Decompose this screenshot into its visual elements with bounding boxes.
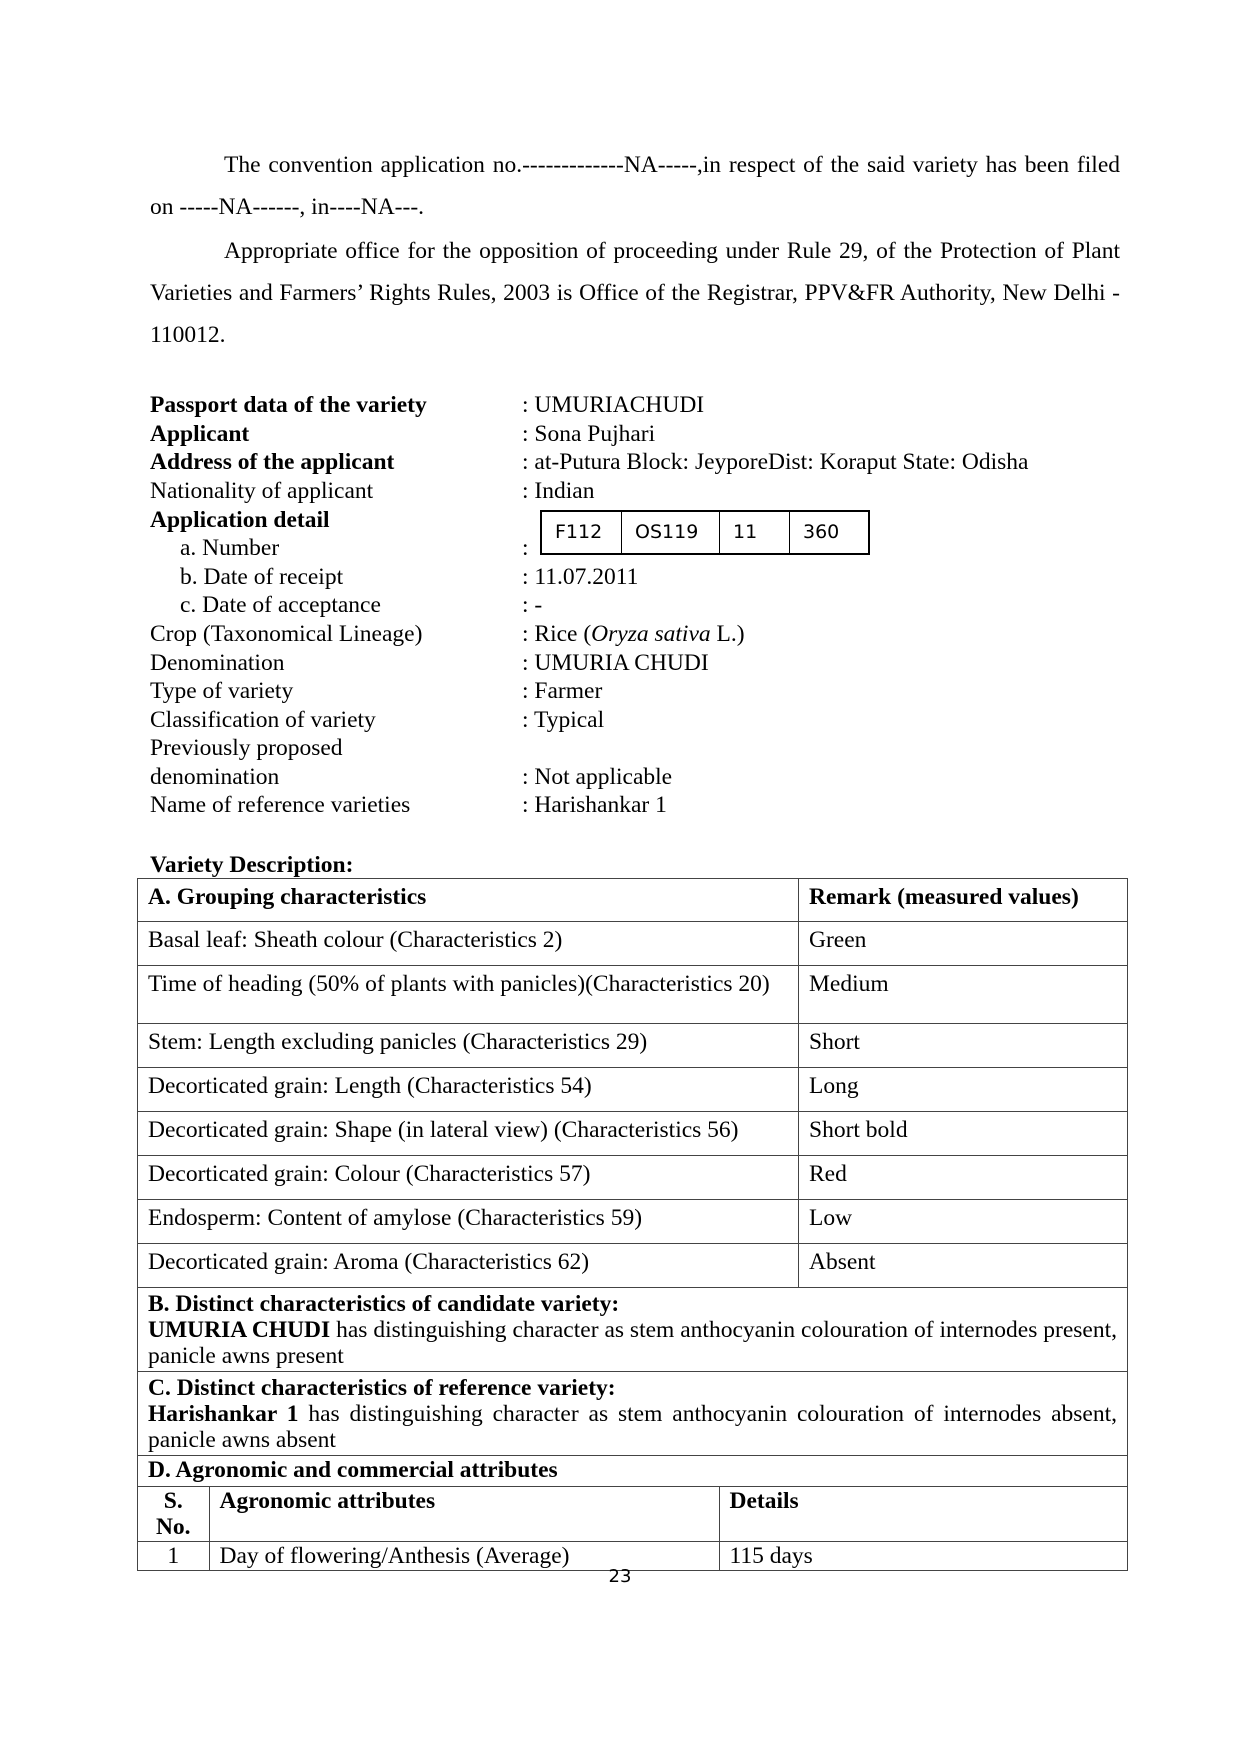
value: : Rice (Oryza sativa L.) — [522, 620, 745, 649]
section-a-header: A. Grouping characteristics — [138, 879, 799, 922]
remark-cell: Short bold — [799, 1112, 1128, 1156]
characteristic-cell: Decorticated grain: Colour (Characterist… — [138, 1156, 799, 1200]
value: : Harishankar 1 — [522, 791, 667, 820]
label: Name of reference varieties — [150, 791, 410, 820]
value: : - — [522, 591, 542, 620]
section-a-header-row: A. Grouping characteristics Remark (meas… — [138, 879, 1128, 922]
characteristic-cell: Decorticated grain: Shape (in lateral vi… — [138, 1112, 799, 1156]
remark-cell: Short — [799, 1024, 1128, 1068]
section-c-row: C. Distinct characteristics of reference… — [138, 1372, 1128, 1456]
remark-cell: Long — [799, 1068, 1128, 1112]
value: : Indian — [522, 477, 594, 506]
section-c-title: C. Distinct characteristics of reference… — [148, 1375, 616, 1401]
office-paragraph: Appropriate office for the opposition of… — [150, 230, 1120, 356]
remark-cell: Medium — [799, 966, 1128, 1024]
crop-prefix: : Rice ( — [522, 621, 591, 647]
label: c. Date of acceptance — [180, 591, 381, 620]
label: a. Number — [180, 534, 279, 563]
application-number-part: 360 — [790, 512, 868, 553]
table-row: Decorticated grain: Aroma (Characteristi… — [138, 1244, 1128, 1288]
sno-header: S. No. — [138, 1487, 209, 1542]
label: denomination — [150, 763, 279, 792]
convention-text: The convention application no.----------… — [150, 152, 1120, 220]
label: Passport data of the variety — [150, 391, 427, 420]
value: : Sona Pujhari — [522, 420, 655, 449]
species-name: Oryza sativa — [591, 621, 710, 647]
characteristic-cell: Time of heading (50% of plants with pani… — [138, 966, 799, 1024]
remark-cell: Red — [799, 1156, 1128, 1200]
characteristic-cell: Decorticated grain: Aroma (Characteristi… — [138, 1244, 799, 1288]
table-row: Time of heading (50% of plants with pani… — [138, 966, 1128, 1024]
value: : UMURIACHUDI — [522, 391, 704, 420]
label: Classification of variety — [150, 706, 376, 735]
section-d-row: D. Agronomic and commercial attributes S… — [138, 1456, 1128, 1571]
agronomic-table: S. No. Agronomic attributes Details 1 Da… — [138, 1487, 1127, 1570]
value: : Farmer — [522, 677, 602, 706]
value: : Typical — [522, 706, 604, 735]
section-d-cell: D. Agronomic and commercial attributes S… — [138, 1456, 1128, 1571]
characteristic-cell: Endosperm: Content of amylose (Character… — [138, 1200, 799, 1244]
attribute-header: Agronomic attributes — [209, 1487, 719, 1542]
table-row: Decorticated grain: Length (Characterist… — [138, 1068, 1128, 1112]
application-number-box: F112 OS119 11 360 — [540, 510, 870, 555]
label: Address of the applicant — [150, 448, 394, 477]
table-row: Basal leaf: Sheath colour (Characteristi… — [138, 922, 1128, 966]
table-row: Decorticated grain: Colour (Characterist… — [138, 1156, 1128, 1200]
reference-variety-name: Harishankar 1 — [148, 1401, 298, 1427]
section-b-row: B. Distinct characteristics of candidate… — [138, 1288, 1128, 1372]
value: : Not applicable — [522, 763, 672, 792]
label: Denomination — [150, 649, 284, 678]
table-row: Stem: Length excluding panicles (Charact… — [138, 1024, 1128, 1068]
crop-suffix: L.) — [711, 621, 745, 647]
table-row: Decorticated grain: Shape (in lateral vi… — [138, 1112, 1128, 1156]
application-number-part: F112 — [542, 512, 622, 553]
label: Applicant — [150, 420, 249, 449]
colon: : — [522, 534, 529, 563]
label: Nationality of applicant — [150, 477, 373, 506]
remark-cell: Low — [799, 1200, 1128, 1244]
section-b-cell: B. Distinct characteristics of candidate… — [138, 1288, 1128, 1372]
label: Application detail — [150, 506, 330, 535]
remark-header: Remark (measured values) — [799, 879, 1128, 922]
characteristic-cell: Decorticated grain: Length (Characterist… — [138, 1068, 799, 1112]
convention-paragraph: The convention application no.----------… — [150, 144, 1120, 228]
office-text: Appropriate office for the opposition of… — [150, 238, 1120, 348]
candidate-variety-name: UMURIA CHUDI — [148, 1317, 330, 1343]
section-b-title: B. Distinct characteristics of candidate… — [148, 1291, 619, 1317]
section-d-title: D. Agronomic and commercial attributes — [138, 1456, 1127, 1487]
variety-description-table: A. Grouping characteristics Remark (meas… — [137, 878, 1128, 1571]
application-number-part: 11 — [720, 512, 790, 553]
agronomic-header-row: S. No. Agronomic attributes Details — [138, 1487, 1127, 1542]
variety-description-title: Variety Description: — [150, 851, 353, 879]
characteristic-cell: Stem: Length excluding panicles (Charact… — [138, 1024, 799, 1068]
document-page: The convention application no.----------… — [0, 0, 1240, 1754]
page-number: 23 — [0, 1566, 1240, 1587]
remark-cell: Green — [799, 922, 1128, 966]
table-row: Endosperm: Content of amylose (Character… — [138, 1200, 1128, 1244]
application-number-part: OS119 — [622, 512, 720, 553]
section-c-cell: C. Distinct characteristics of reference… — [138, 1372, 1128, 1456]
label: Type of variety — [150, 677, 293, 706]
value: : UMURIA CHUDI — [522, 649, 709, 678]
characteristic-cell: Basal leaf: Sheath colour (Characteristi… — [138, 922, 799, 966]
value: : 11.07.2011 — [522, 563, 638, 592]
label: Crop (Taxonomical Lineage) — [150, 620, 422, 649]
label: Previously proposed — [150, 734, 343, 763]
remark-cell: Absent — [799, 1244, 1128, 1288]
value: : at-Putura Block: JeyporeDist: Koraput … — [522, 448, 1028, 477]
details-header: Details — [719, 1487, 1127, 1542]
label: b. Date of receipt — [180, 563, 343, 592]
